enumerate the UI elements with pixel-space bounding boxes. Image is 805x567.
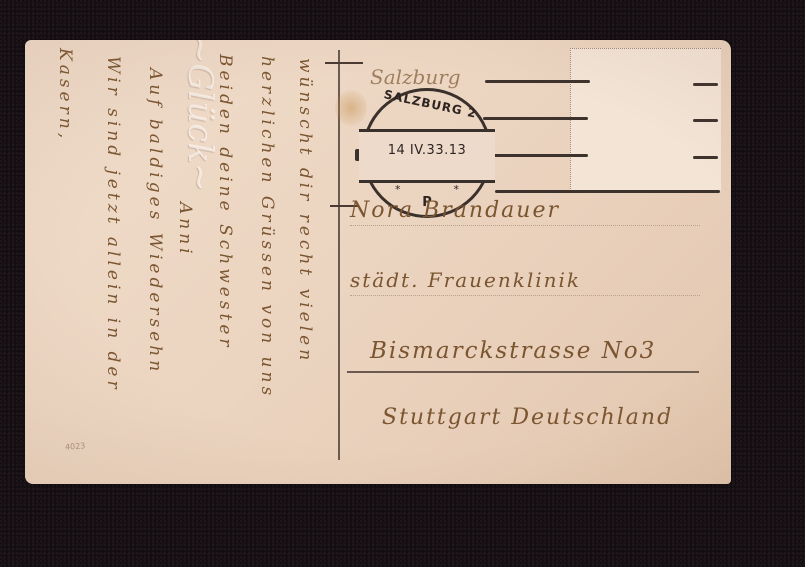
cancel-line [483, 154, 588, 157]
address-line [350, 225, 700, 226]
cancel-line [495, 190, 720, 193]
cancel-line [693, 156, 718, 159]
cancel-line [485, 80, 590, 83]
postmark-date: 14 IV.33.13 [365, 143, 489, 158]
message-line-7: Kasern, [55, 48, 75, 142]
address-street: Bismarckstrasse No3 [370, 338, 656, 364]
postmark-city: SALZBURG 2 [383, 87, 479, 120]
message-line-1: wünscht dir recht vielen [295, 58, 315, 364]
stain [335, 90, 367, 126]
divider-tick [325, 62, 363, 64]
message-line-5: Auf baldiges Wiedersehn [145, 68, 165, 375]
sender-place-script: Salzburg [370, 65, 461, 89]
cancel-line [483, 117, 588, 120]
message-line-6: Wir sind jetzt allein in der [103, 56, 123, 393]
print-code: 4023 [65, 441, 86, 451]
message-line-4: Anni [175, 202, 195, 258]
cancel-line [693, 119, 718, 122]
message-line-2: herzlichen Grüssen von uns [257, 56, 277, 399]
address-institution: städt. Frauenklinik [350, 268, 581, 292]
postcard: ~Glück~ wünscht dir recht vielen herzlic… [25, 40, 731, 484]
address-city-country: Stuttgart Deutschland [382, 405, 673, 430]
message-line-3: Beiden deine Schwester [215, 54, 235, 351]
address-line [350, 295, 700, 296]
address-name: Nora Brandauer [350, 198, 560, 223]
address-underline [347, 371, 699, 373]
cancel-line [693, 83, 718, 86]
